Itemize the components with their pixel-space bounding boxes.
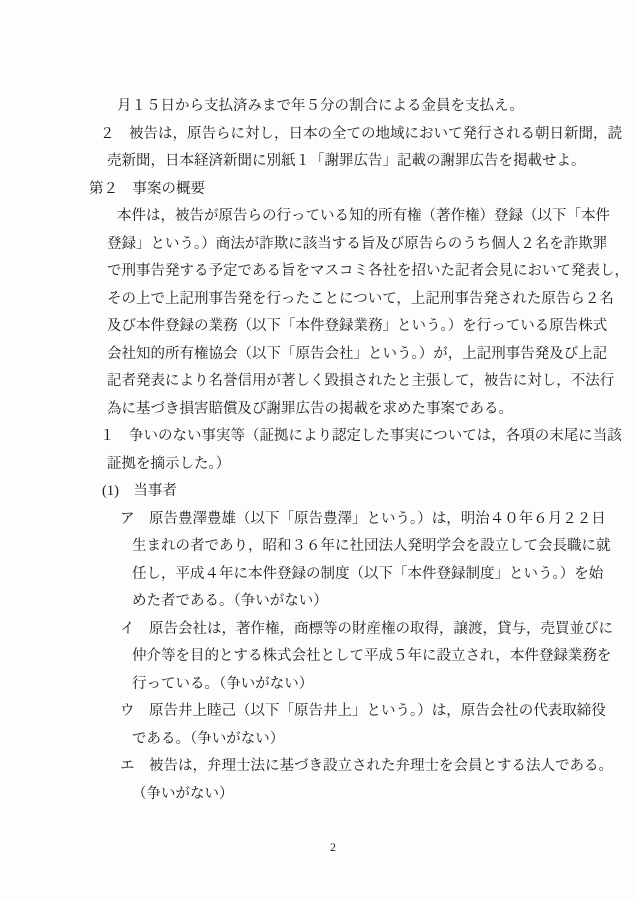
text-line: 会社知的所有権協会（以下「原告会社」という。）が，上記刑事告発及び上記: [0, 341, 636, 369]
text-line: 任し，平成４年に本件登録の制度（以下「本件登録制度」という。）を始: [0, 561, 636, 589]
text-line: 登録」という。）商法が詐欺に該当する旨及び原告らのうち個人２名を詐欺罪: [0, 231, 636, 259]
text-line: である。（争いがない）: [0, 726, 636, 754]
text-line: ア 原告豊澤豊雄（以下「原告豊澤」という。）は，明治４０年６月２２日: [0, 506, 636, 534]
text-line: で刑事告発する予定である旨をマスコミ各社を招いた記者会見において発表し，: [0, 258, 636, 286]
document-page: 月１５日から支払済みまで年５分の割合による金員を支払え。２ 被告は，原告らに対し…: [0, 0, 636, 900]
page-number: 2: [318, 839, 348, 855]
text-line: その上で上記刑事告発を行ったことについて，上記刑事告発された原告ら２名: [0, 286, 636, 314]
text-line: 仲介等を目的とする株式会社として平成５年に設立され，本件登録業務を: [0, 643, 636, 671]
text-line: 生まれの者であり，昭和３６年に社団法人発明学会を設立して会長職に就: [0, 533, 636, 561]
text-line: (1) 当事者: [0, 478, 636, 506]
text-line: ２ 被告は，原告らに対し，日本の全ての地域において発行される朝日新聞，読: [0, 121, 636, 149]
text-line: エ 被告は，弁理士法に基づき設立された弁理士を会員とする法人である。: [0, 753, 636, 781]
text-line: イ 原告会社は，著作権，商標等の財産権の取得，譲渡，貸与，売買並びに: [0, 616, 636, 644]
text-line: １ 争いのない事実等（証拠により認定した事実については，各項の末尾に当該: [0, 423, 636, 451]
text-line: （争いがない）: [0, 781, 636, 809]
text-line: 記者発表により名誉信用が著しく毀損されたと主張して，被告に対し，不法行: [0, 368, 636, 396]
text-line: 及び本件登録の業務（以下「本件登録業務」という。）を行っている原告株式: [0, 313, 636, 341]
text-line: 証拠を摘示した。）: [0, 451, 636, 479]
text-line: 本件は，被告が原告らの行っている知的所有権（著作権）登録（以下「本件: [0, 203, 636, 231]
text-line: ウ 原告井上睦己（以下「原告井上」という。）は，原告会社の代表取締役: [0, 698, 636, 726]
text-line: 売新聞，日本経済新聞に別紙１「謝罪広告」記載の謝罪広告を掲載せよ。: [0, 148, 636, 176]
text-line: 月１５日から支払済みまで年５分の割合による金員を支払え。: [0, 93, 636, 121]
document-lines: 月１５日から支払済みまで年５分の割合による金員を支払え。２ 被告は，原告らに対し…: [0, 93, 636, 808]
text-line: めた者である。（争いがない）: [0, 588, 636, 616]
text-line: 為に基づき損害賠償及び謝罪広告の掲載を求めた事案である。: [0, 396, 636, 424]
text-line: 行っている。（争いがない）: [0, 671, 636, 699]
text-line: 第２ 事案の概要: [0, 176, 636, 204]
